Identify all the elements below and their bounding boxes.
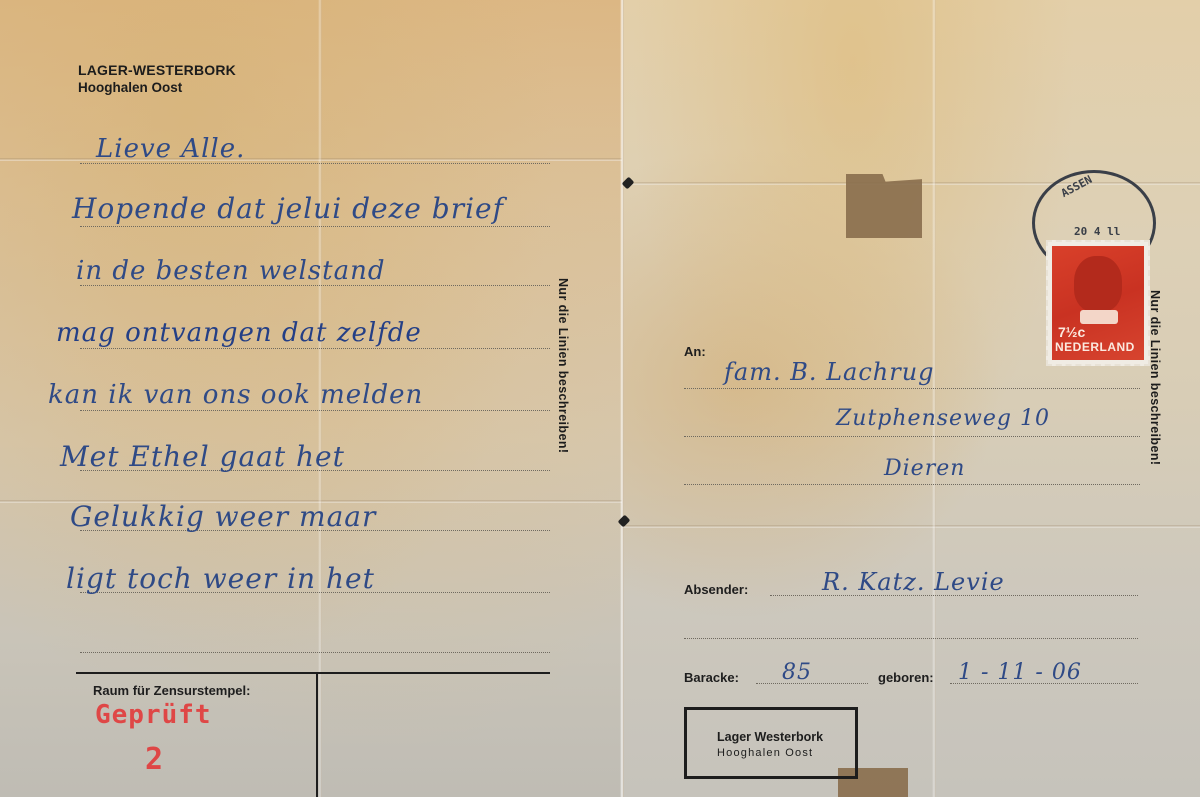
writing-line <box>80 652 550 653</box>
handwritten-line: in de besten welstand <box>76 256 385 286</box>
postage-stamp: 7½c NEDERLAND <box>1046 240 1150 366</box>
handwritten-line: Gelukkig weer maar <box>70 500 376 533</box>
stamp-country: NEDERLAND <box>1055 340 1135 354</box>
writing-line <box>80 226 550 227</box>
barrack-line <box>756 683 868 684</box>
censor-stamp-number: 2 <box>145 742 163 777</box>
portrait-icon <box>1074 256 1122 312</box>
address-recipient: fam. B. Lachrug <box>724 358 935 386</box>
handwritten-line: Met Ethel gaat het <box>60 440 345 473</box>
stamp-value: 7½c <box>1058 324 1085 340</box>
to-label: An: <box>684 344 706 359</box>
handwritten-line: kan ik van ons ook melden <box>48 380 423 410</box>
letter-page-left: LAGER-WESTERBORK Hooghalen Oost Lieve Al… <box>0 0 622 797</box>
adhesive-tape <box>846 174 922 238</box>
handwritten-line: Hopende dat jelui deze brief <box>72 192 504 225</box>
barrack-number: 85 <box>782 660 812 685</box>
side-instruction: Nur die Linien beschreiben! <box>556 278 570 453</box>
sender-line <box>684 638 1138 639</box>
sender-name: R. Katz. Levie <box>822 568 1005 596</box>
sender-label: Absender: <box>684 582 748 597</box>
censor-box-label: Raum für Zensurstempel: <box>93 683 250 698</box>
side-instruction: Nur die Linien beschreiben! <box>1148 290 1162 465</box>
barrack-label: Baracke: <box>684 670 739 685</box>
postmark-date: 20 4 ll <box>1074 225 1120 238</box>
censor-box-border <box>76 672 550 674</box>
handwritten-line: mag ontvangen dat zelfde <box>56 318 422 348</box>
writing-line <box>80 348 550 349</box>
camp-name-header: LAGER-WESTERBORK <box>78 62 236 78</box>
address-line <box>684 388 1140 389</box>
writing-line <box>80 410 550 411</box>
handwritten-line: ligt toch weer in het <box>66 562 375 595</box>
born-date: 1 - 11 - 06 <box>958 660 1082 685</box>
address-street: Zutphenseweg 10 <box>836 406 1050 431</box>
return-stamp-line1: Lager Westerbork <box>717 730 823 744</box>
center-fold <box>620 0 624 797</box>
stamp-collar <box>1080 310 1118 324</box>
born-label: geboren: <box>878 670 934 685</box>
address-line <box>684 436 1140 437</box>
address-line <box>684 484 1140 485</box>
return-address-stamp: Lager Westerbork Hooghalen Oost <box>684 707 858 779</box>
return-stamp-line2: Hooghalen Oost <box>717 747 813 759</box>
censor-box-divider <box>316 672 318 797</box>
fold-crease <box>622 525 1200 528</box>
fold-crease <box>0 158 622 161</box>
handwritten-line: Lieve Alle. <box>96 134 245 164</box>
address-city: Dieren <box>884 456 965 481</box>
camp-location-header: Hooghalen Oost <box>78 80 182 95</box>
censor-stamp-text: Geprüft <box>95 700 212 730</box>
